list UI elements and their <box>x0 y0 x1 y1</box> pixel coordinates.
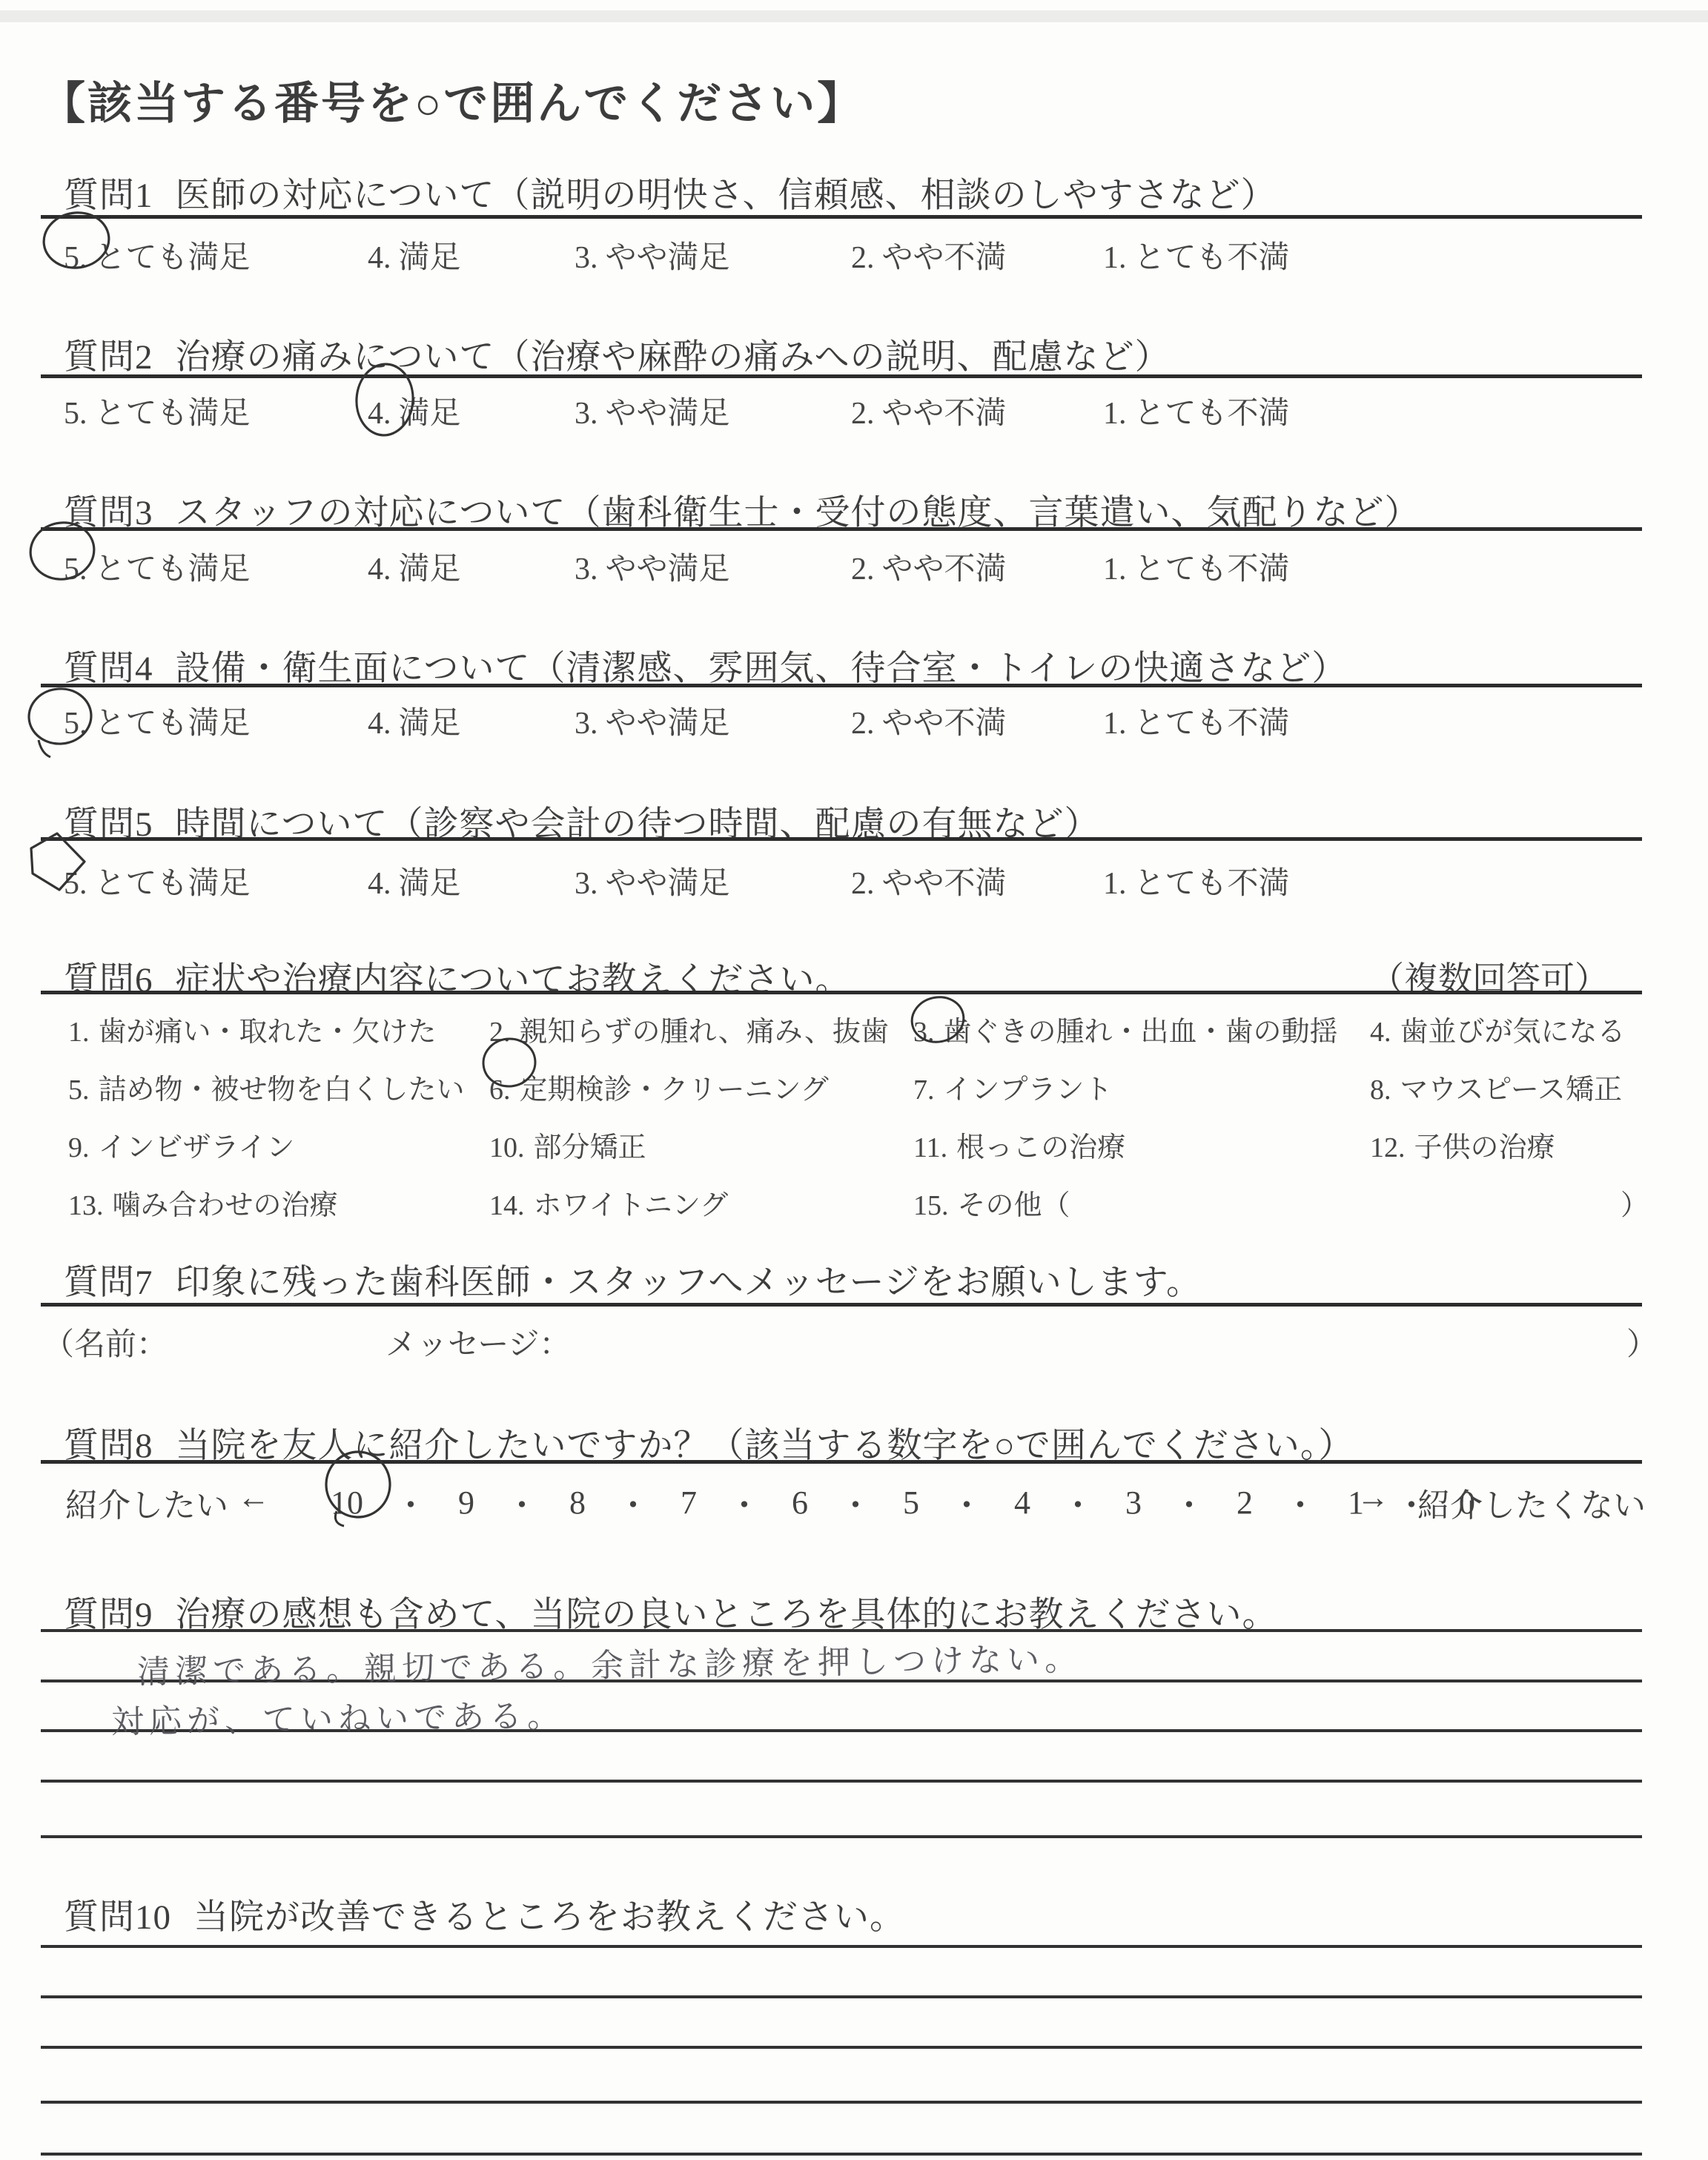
answer-line <box>41 1780 1642 1783</box>
q1-option-1-label: とても不満 <box>1134 241 1290 275</box>
q5-option-1-label: とても不満 <box>1134 867 1290 901</box>
answer-line <box>41 1945 1642 1948</box>
q6-item-8-label: マウスピース矯正 <box>1400 1074 1622 1106</box>
q1-option-1-number: 1. <box>1103 241 1127 275</box>
q8-left-label: 紹介したい <box>65 1479 228 1526</box>
question-2-title: 治療の痛みについて（治療や麻酔の痛みへの説明、配慮など） <box>176 338 1171 377</box>
q6-item-15-label: その他（ <box>958 1190 1070 1221</box>
q4-option-5-number: 5. <box>64 707 87 741</box>
q8-scale-dot: ・ <box>839 1479 872 1526</box>
q1-option-4-label: 満足 <box>399 241 461 275</box>
q3-option-1: 1.とても不満 <box>1103 544 1290 589</box>
q8-scale-2: 2 <box>1237 1484 1253 1522</box>
q6-item-2: 2.親知らずの腫れ、痛み、抜歯 <box>489 1008 889 1049</box>
q5-option-2: 2.やや不満 <box>851 859 1007 903</box>
q6-item-2-label: 親知らずの腫れ、痛み、抜歯 <box>520 1017 890 1048</box>
q5-option-4-label: 満足 <box>399 867 461 901</box>
q6-item-11-label: 根っこの治療 <box>956 1132 1125 1163</box>
q6-item-12-number: 12. <box>1370 1132 1406 1163</box>
q4-option-4-label: 満足 <box>399 707 461 741</box>
q4-option-1: 1.とても不満 <box>1103 698 1290 743</box>
survey-page: 【該当する番号を○で囲んでください】 質問1医師の対応について（説明の明快さ、信… <box>0 0 1708 2160</box>
q8-scale-dot: ・ <box>1173 1479 1205 1526</box>
divider-rule-q4 <box>41 684 1642 687</box>
question-1-heading: 質問1医師の対応について（説明の明快さ、信頼感、相談のしやすさなど） <box>64 168 1277 217</box>
q1-option-1: 1.とても不満 <box>1103 233 1290 277</box>
q4-option-3-label: やや満足 <box>606 707 730 741</box>
q8-scale-dot: ・ <box>1062 1479 1094 1526</box>
q8-scale-5: 5 <box>903 1484 919 1522</box>
question-7-id: 質問7 <box>64 1264 153 1302</box>
handwritten-answer-line-2: 対応が、ていねいである。 <box>111 1689 566 1743</box>
divider-rule-q3 <box>41 527 1642 531</box>
q5-option-1: 1.とても不満 <box>1103 859 1290 903</box>
q5-option-3: 3.やや満足 <box>575 859 730 903</box>
q2-option-2-label: やや不満 <box>882 397 1007 431</box>
q6-item-7-label: インプラント <box>944 1074 1113 1106</box>
q6-other-close-paren: ） <box>1621 1182 1649 1223</box>
divider-rule-q5 <box>41 837 1642 841</box>
q8-scale-dot: ・ <box>950 1479 983 1526</box>
q2-option-5: 5.とても満足 <box>64 389 251 433</box>
q6-item-3-label: 歯ぐきの腫れ・出血・歯の動揺 <box>944 1017 1338 1048</box>
q1-option-3: 3.やや満足 <box>575 233 730 277</box>
answer-line <box>41 1995 1642 1998</box>
q5-option-5-label: とても満足 <box>95 867 251 901</box>
q5-option-2-label: やや不満 <box>882 867 1007 901</box>
q4-option-5-label: とても満足 <box>95 707 251 741</box>
q4-option-2-number: 2. <box>851 707 875 741</box>
q5-option-2-number: 2. <box>851 867 875 901</box>
q5-option-1-number: 1. <box>1103 867 1127 901</box>
q8-scale-dot: ・ <box>394 1479 427 1526</box>
q6-item-4: 4.歯並びが気になる <box>1370 1008 1626 1049</box>
question-2-heading: 質問2治療の痛みについて（治療や麻酔の痛みへの説明、配慮など） <box>64 329 1171 379</box>
q4-option-1-label: とても不満 <box>1134 707 1290 741</box>
q1-option-2-label: やや不満 <box>882 241 1007 275</box>
q3-option-4-label: 満足 <box>399 552 461 587</box>
q6-item-8: 8.マウスピース矯正 <box>1370 1066 1622 1107</box>
q3-option-4-number: 4. <box>368 552 391 587</box>
q2-option-2: 2.やや不満 <box>851 389 1007 433</box>
q4-option-3: 3.やや満足 <box>575 698 730 743</box>
q6-item-6: 6.定期検診・クリーニング <box>489 1066 829 1107</box>
page-title: 【該当する番号を○で囲んでください】 <box>41 68 864 132</box>
question-4-id: 質問4 <box>64 650 153 688</box>
q4-option-4-number: 4. <box>368 707 391 741</box>
q1-option-4-number: 4. <box>368 241 391 275</box>
question-10-title: 当院が改善できるところをお教えください。 <box>193 1898 905 1937</box>
q6-item-1-label: 歯が痛い・取れた・欠けた <box>99 1017 437 1048</box>
q8-scale-7: 7 <box>681 1484 697 1522</box>
q2-option-3-label: やや満足 <box>606 397 730 431</box>
q6-item-6-label: 定期検診・クリーニング <box>520 1074 829 1106</box>
answer-line <box>41 1835 1642 1838</box>
q3-option-5-number: 5. <box>64 552 87 587</box>
q3-option-3-label: やや満足 <box>606 552 730 587</box>
q1-option-5-label: とても満足 <box>95 241 251 275</box>
q2-option-5-number: 5. <box>64 397 87 431</box>
q6-item-12-label: 子供の治療 <box>1414 1132 1555 1163</box>
question-4-heading: 質問4設備・衛生面について（清潔感、雰囲気、待合室・トイレの快適さなど） <box>64 641 1347 690</box>
divider-rule-q7 <box>41 1303 1642 1307</box>
handwritten-answer-line-1: 清潔である。親切である。余計な診療を押しつけない。 <box>137 1632 1083 1693</box>
q6-item-3-number: 3. <box>913 1017 935 1048</box>
q8-scale-4: 4 <box>1014 1484 1030 1522</box>
answer-line <box>41 2101 1642 2104</box>
q6-item-10: 10.部分矯正 <box>489 1124 646 1165</box>
q3-option-2: 2.やや不満 <box>851 544 1007 589</box>
q2-option-1-number: 1. <box>1103 397 1127 431</box>
q6-item-6-number: 6. <box>489 1074 511 1106</box>
question-4-title: 設備・衛生面について（清潔感、雰囲気、待合室・トイレの快適さなど） <box>176 650 1348 688</box>
question-7-heading: 質問7印象に残った歯科医師・スタッフへメッセージをお願いします。 <box>64 1255 1202 1304</box>
q4-option-5: 5.とても満足 <box>64 698 251 743</box>
q6-item-14-label: ホワイトニング <box>534 1190 729 1221</box>
q8-scale-dot: ・ <box>617 1479 649 1526</box>
q3-option-4: 4.満足 <box>368 544 461 589</box>
q6-item-5-number: 5. <box>68 1074 90 1106</box>
q6-item-12: 12.子供の治療 <box>1370 1124 1555 1165</box>
q4-option-1-number: 1. <box>1103 707 1127 741</box>
q6-item-7-number: 7. <box>913 1074 935 1106</box>
q8-scale-9: 9 <box>458 1484 474 1522</box>
q6-item-1-number: 1. <box>68 1017 90 1048</box>
divider-rule-q8 <box>41 1460 1642 1464</box>
q8-scale-3: 3 <box>1125 1484 1142 1522</box>
q6-item-13: 13.噛み合わせの治療 <box>68 1182 338 1223</box>
q5-option-3-label: やや満足 <box>606 867 730 901</box>
q2-option-1-label: とても不満 <box>1134 397 1290 431</box>
q2-option-4: 4.満足 <box>368 389 461 433</box>
q5-option-4: 4.満足 <box>368 859 461 903</box>
q5-option-5-number: 5. <box>64 867 87 901</box>
q2-option-4-label: 満足 <box>399 397 461 431</box>
q3-option-3: 3.やや満足 <box>575 544 730 589</box>
q2-option-3-number: 3. <box>575 397 598 431</box>
q6-item-4-number: 4. <box>1370 1017 1391 1048</box>
q6-item-13-number: 13. <box>68 1190 104 1221</box>
q1-option-5: 5.とても満足 <box>64 233 251 277</box>
q1-option-2-number: 2. <box>851 241 875 275</box>
q4-option-3-number: 3. <box>575 707 598 741</box>
q6-item-1: 1.歯が痛い・取れた・欠けた <box>68 1008 437 1049</box>
q5-option-3-number: 3. <box>575 867 598 901</box>
q6-item-11-number: 11. <box>913 1132 947 1163</box>
q3-option-1-number: 1. <box>1103 552 1127 587</box>
q6-item-2-number: 2. <box>489 1017 511 1048</box>
divider-rule-q6 <box>41 991 1642 994</box>
q6-item-5-label: 詰め物・被せ物を白くしたい <box>99 1074 465 1106</box>
q8-scale-dot: ・ <box>506 1479 538 1526</box>
q8-scale-dot: ・ <box>1284 1479 1317 1526</box>
scan-edge-artifact <box>0 10 1708 22</box>
q6-item-14: 14.ホワイトニング <box>489 1182 728 1223</box>
q8-scale-10: 10 <box>331 1484 363 1522</box>
q8-left-arrow-icon: ← <box>237 1479 270 1516</box>
q3-option-5-label: とても満足 <box>95 552 251 587</box>
divider-rule-q2 <box>41 374 1642 378</box>
question-1-title: 医師の対応について（説明の明快さ、信頼感、相談のしやすさなど） <box>176 176 1277 215</box>
q6-item-4-label: 歯並びが気になる <box>1400 1017 1626 1048</box>
q6-item-11: 11.根っこの治療 <box>913 1124 1125 1165</box>
divider-rule-q1 <box>41 215 1642 219</box>
q3-option-5: 5.とても満足 <box>64 544 251 589</box>
q4-option-4: 4.満足 <box>368 698 461 743</box>
q6-item-9: 9.インビザライン <box>68 1124 294 1165</box>
q2-option-2-number: 2. <box>851 397 875 431</box>
question-1-id: 質問1 <box>64 176 153 215</box>
q7-close-paren: ） <box>1626 1320 1658 1364</box>
q6-item-14-number: 14. <box>489 1190 525 1221</box>
q1-option-3-number: 3. <box>575 241 598 275</box>
q8-scale-8: 8 <box>569 1484 586 1522</box>
q3-option-3-number: 3. <box>575 552 598 587</box>
question-10-id: 質問10 <box>64 1898 171 1937</box>
q6-item-15: 15.その他（ <box>913 1182 1070 1223</box>
answer-line <box>41 2046 1642 2049</box>
q6-item-13-label: 噛み合わせの治療 <box>113 1190 338 1221</box>
q8-right-arrow-icon: → <box>1357 1479 1389 1516</box>
q6-item-15-number: 15. <box>913 1190 949 1221</box>
q6-item-7: 7.インプラント <box>913 1066 1113 1107</box>
question-7-title: 印象に残った歯科医師・スタッフへメッセージをお願いします。 <box>176 1264 1202 1302</box>
q2-option-1: 1.とても不満 <box>1103 389 1290 433</box>
q1-option-4: 4.満足 <box>368 233 461 277</box>
question-2-id: 質問2 <box>64 338 153 377</box>
q6-item-3: 3.歯ぐきの腫れ・出血・歯の動揺 <box>913 1008 1338 1049</box>
q8-scale-dot: ・ <box>728 1479 761 1526</box>
q6-item-9-number: 9. <box>68 1132 90 1163</box>
q5-option-5: 5.とても満足 <box>64 859 251 903</box>
q5-option-4-number: 4. <box>368 867 391 901</box>
q3-option-2-label: やや不満 <box>882 552 1007 587</box>
q3-option-2-number: 2. <box>851 552 875 587</box>
answer-line <box>41 2153 1642 2156</box>
q7-name-label: （名前： <box>43 1320 168 1364</box>
q4-option-2-label: やや不満 <box>882 707 1007 741</box>
q2-option-5-label: とても満足 <box>95 397 251 431</box>
q8-scale-6: 6 <box>792 1484 808 1522</box>
answer-line <box>41 1629 1642 1632</box>
q7-message-label: メッセージ： <box>385 1320 570 1364</box>
q8-scale: 10・9・8・7・6・5・4・3・2・1・0 <box>331 1479 1475 1526</box>
q6-item-8-number: 8. <box>1370 1074 1391 1106</box>
q6-item-10-number: 10. <box>489 1132 525 1163</box>
q3-option-1-label: とても不満 <box>1134 552 1290 587</box>
q1-option-5-number: 5. <box>64 241 87 275</box>
q8-right-label: 紹介したくない <box>1417 1479 1646 1526</box>
q6-item-5: 5.詰め物・被せ物を白くしたい <box>68 1066 465 1107</box>
q1-option-2: 2.やや不満 <box>851 233 1007 277</box>
q6-item-10-label: 部分矯正 <box>534 1132 646 1163</box>
q4-option-2: 2.やや不満 <box>851 698 1007 743</box>
q6-item-9-label: インビザライン <box>99 1132 295 1163</box>
q2-option-3: 3.やや満足 <box>575 389 730 433</box>
q1-option-3-label: やや満足 <box>606 241 730 275</box>
question-10-heading: 質問10当院が改善できるところをお教えください。 <box>64 1889 905 1939</box>
q2-option-4-number: 4. <box>368 397 391 431</box>
